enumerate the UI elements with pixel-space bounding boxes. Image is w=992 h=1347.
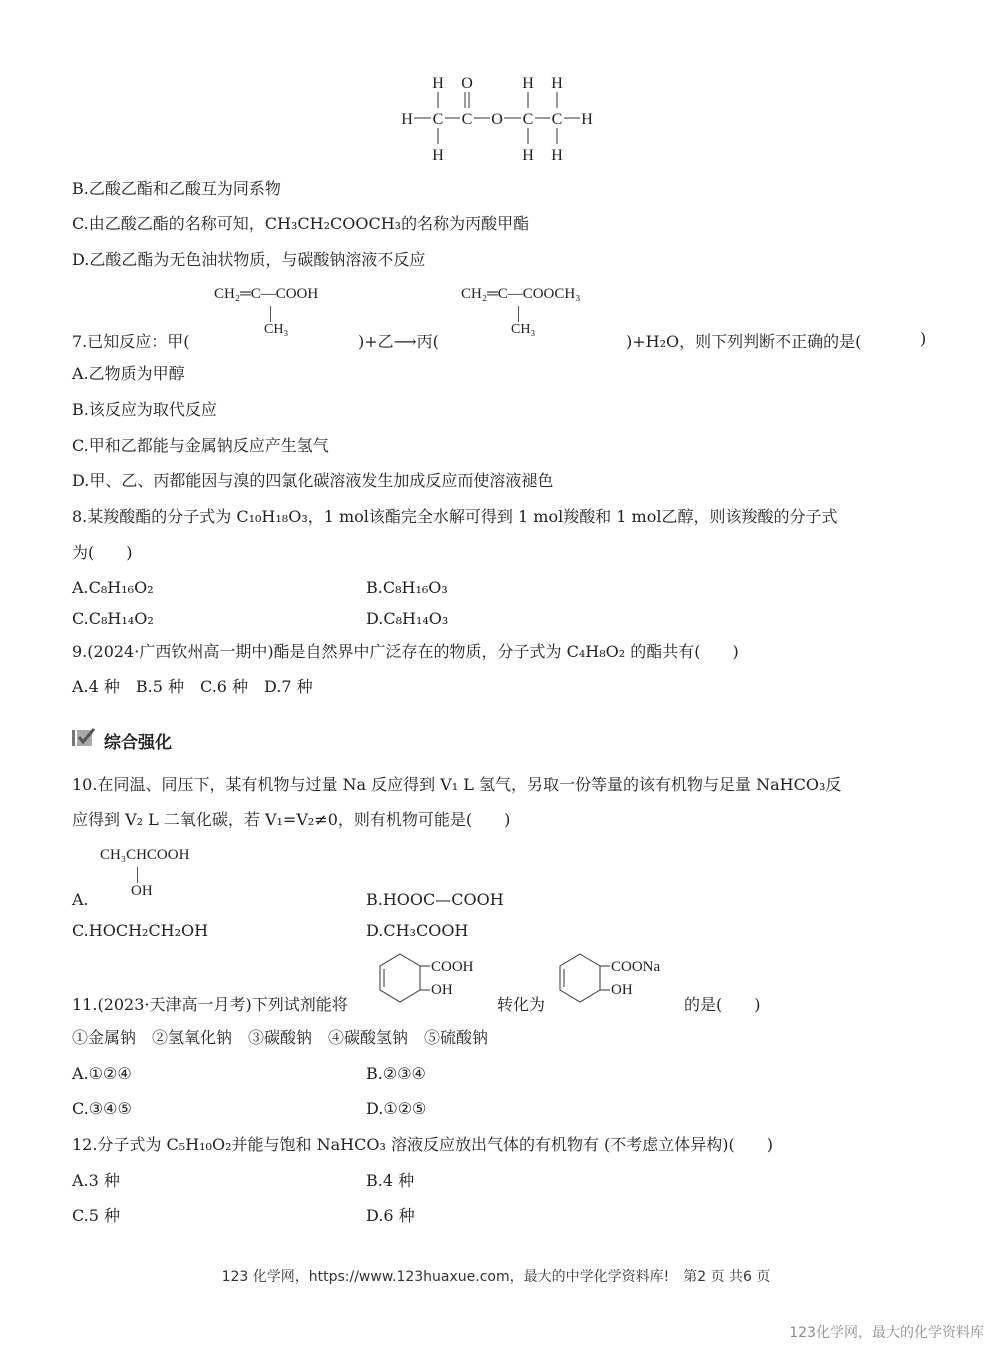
q7-stem-mid1: )+乙⟶丙( [358, 329, 439, 352]
q8-option-c: C.C₈H₁₄O₂ [72, 609, 154, 629]
q11-product-structure: COONa OH [558, 952, 683, 1016]
q7-bing-formula: CH₂═C—COOCH₃ [461, 286, 580, 303]
q6-option-d: D.乙酸乙酯为无色油状物质，与碳酸钠溶液不反应 [72, 250, 425, 270]
reaction-arrow-icon: ⟶ [394, 332, 417, 351]
q10-stem-line2: 应得到 V₂ L 二氧化碳，若 V₁=V₂≠0，则有机物可能是( ) [72, 810, 510, 830]
cyclohexene-ring-icon: COONa OH [558, 952, 683, 1012]
q7-jia-branch: CH₃ [264, 322, 288, 338]
section-title: 综合强化 [104, 728, 172, 753]
svg-text:H: H [522, 75, 534, 92]
q10-stem-line1: 10.在同温、同压下，某有机物与过量 Na 反应得到 V₁ L 氢气，另取一份等… [72, 775, 841, 795]
q6-option-c: C.由乙酸乙酯的名称可知，CH₃CH₂COOCH₃的名称为丙酸甲酯 [72, 214, 529, 234]
q10-option-a-bond [137, 867, 138, 883]
q11-option-c: C.③④⑤ [72, 1099, 132, 1119]
q11-stem-end: 的是( ) [684, 992, 761, 1015]
q8-stem-line2: 为( ) [72, 543, 133, 563]
q7-option-d: D.甲、乙、丙都能因与溴的四氯化碳溶液发生加成反应而使溶液褪色 [72, 471, 553, 491]
q7-option-c: C.甲和乙都能与金属钠反应产生氢气 [72, 436, 329, 456]
q10-option-b: B.HOOC—COOH [366, 890, 504, 910]
q7-stem-mid3: )+H₂O，则下列判断不正确的是( [626, 329, 861, 352]
cyclohexene-ring-icon: COOH OH [378, 952, 493, 1012]
q11-product-group1: COONa [611, 959, 661, 975]
watermark: 123化学网，最大的化学资料库 [789, 1322, 984, 1342]
ethyl-acetate-structure-diagram: H O H H H C C O C C H H H H [395, 72, 605, 167]
q7-bing-label: 丙( [417, 332, 439, 351]
q10-option-d: D.CH₃COOH [366, 921, 468, 941]
q12-stem: 12.分子式为 C₅H₁₀O₂并能与饱和 NaHCO₃ 溶液反应放出气体的有机物… [72, 1135, 773, 1155]
q11-reactant-structure: COOH OH [378, 952, 493, 1016]
q9-stem: 9.(2024·广西钦州高一期中)酯是自然界中广泛存在的物质，分子式为 C₄H₈… [72, 642, 739, 662]
q8-option-d: D.C₈H₁₄O₃ [366, 609, 448, 629]
svg-text:C: C [552, 111, 563, 128]
q11-reactant-group1: COOH [431, 959, 474, 975]
svg-text:C: C [523, 111, 534, 128]
q7-jia-bond [270, 306, 271, 322]
q7-stem-end: ) [920, 329, 926, 348]
svg-text:H: H [432, 147, 444, 164]
page-footer: 123 化学网，https://www.123huaxue.com，最大的中学化… [0, 1266, 992, 1286]
q11-stem-mid: 转化为 [497, 992, 545, 1015]
svg-text:H: H [551, 75, 563, 92]
q7-stem-prefix: 7.已知反应：甲( [72, 329, 190, 352]
q7-stem-question: )+H₂O，则下列判断不正确的是( [626, 332, 861, 351]
q10-option-a-formula: CH₃CHCOOH [100, 847, 189, 864]
q6-option-c-prefix: C.由乙酸乙酯的名称可知， [72, 214, 265, 233]
q11-reactant-group2: OH [431, 982, 453, 998]
q7-bing-bond [518, 306, 519, 322]
q12-option-b: B.4 种 [366, 1171, 414, 1191]
q8-option-b: B.C₈H₁₆O₃ [366, 578, 448, 598]
svg-text:O: O [461, 75, 473, 92]
svg-text:H: H [522, 147, 534, 164]
q8-stem-line1: 8.某羧酸酯的分子式为 C₁₀H₁₈O₃，1 mol该酯完全水解可得到 1 mo… [72, 507, 837, 527]
q11-option-b: B.②③④ [366, 1064, 426, 1084]
q12-option-d: D.6 种 [366, 1206, 415, 1226]
q12-option-c: C.5 种 [72, 1206, 120, 1226]
q7-plus-yi: )+乙 [358, 332, 394, 351]
q10-option-a-label: A. [72, 890, 89, 910]
ethyl-acetate-structure: H O H H H C C O C C H H H H [395, 72, 605, 167]
svg-text:C: C [462, 111, 473, 128]
q7-option-b: B.该反应为取代反应 [72, 400, 217, 420]
q6-option-c-suffix: 的名称为丙酸甲酯 [401, 214, 529, 233]
q7-jia-formula: CH₂═C—COOH [214, 286, 318, 303]
q11-reagents: ①金属钠 ②氢氧化钠 ③碳酸钠 ④碳酸氢钠 ⑤硫酸钠 [72, 1028, 488, 1048]
checkbox-icon [72, 728, 96, 753]
q7-bing-branch: CH₃ [511, 322, 535, 338]
q11-stem-prefix: 11.(2023·天津高一月考)下列试剂能将 [72, 992, 348, 1015]
section-heading: 综合强化 [72, 728, 172, 753]
svg-text:O: O [491, 111, 503, 128]
q7-option-a: A.乙物质为甲醇 [72, 364, 185, 384]
svg-text:H: H [432, 75, 444, 92]
q10-option-a-branch: OH [131, 883, 153, 900]
q9-options: A.4 种 B.5 种 C.6 种 D.7 种 [72, 677, 313, 697]
q6-option-b: B.乙酸乙酯和乙酸互为同系物 [72, 179, 281, 199]
q8-option-a: A.C₈H₁₆O₂ [72, 578, 154, 598]
svg-text:H: H [551, 147, 563, 164]
q10-option-c: C.HOCH₂CH₂OH [72, 921, 208, 941]
svg-text:H: H [401, 111, 413, 128]
q12-option-a: A.3 种 [72, 1171, 120, 1191]
q11-product-group2: OH [611, 982, 633, 998]
q11-option-d: D.①②⑤ [366, 1099, 426, 1119]
q6-option-c-formula: CH₃CH₂COOCH₃ [265, 214, 401, 233]
q11-option-a: A.①②④ [72, 1064, 132, 1084]
svg-text:H: H [581, 111, 593, 128]
svg-text:C: C [433, 111, 444, 128]
